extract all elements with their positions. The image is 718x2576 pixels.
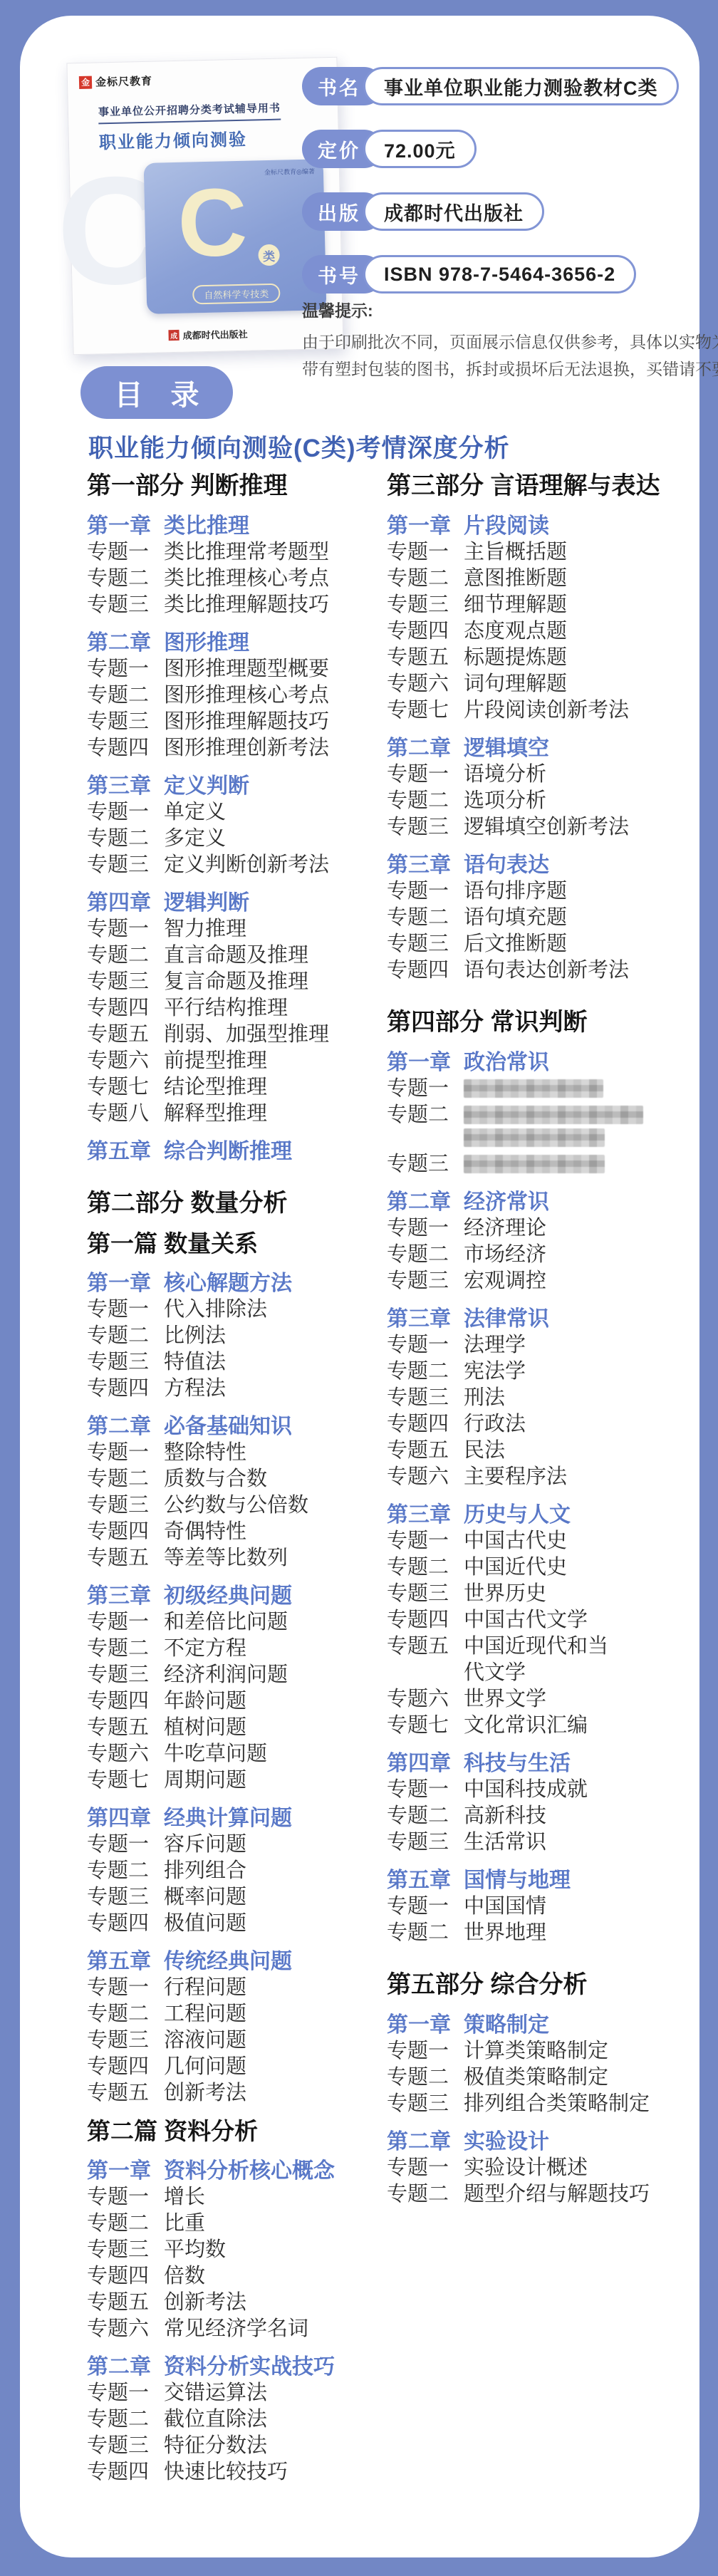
toc-item: 专题二极值类策略制定 bbox=[387, 2065, 677, 2091]
toc-item: 专题二市场经济 bbox=[387, 1242, 677, 1268]
toc-item: 专题二工程问题 bbox=[87, 2001, 378, 2027]
topic-title-text: 意图推断题 bbox=[464, 567, 567, 590]
topic-number: 专题三 bbox=[87, 2027, 149, 2054]
topic-title-text: 比重 bbox=[164, 2212, 205, 2235]
topic-title: 前提型推理 bbox=[164, 1048, 378, 1074]
topic-number: 专题五 bbox=[87, 2290, 149, 2316]
topic-title-text: 语境分析 bbox=[464, 763, 546, 786]
topic-number: 专题七 bbox=[387, 1713, 449, 1739]
topic-number: 专题四 bbox=[387, 1411, 449, 1438]
toc-part-heading: 第四部分 常识判断 bbox=[387, 1007, 677, 1038]
redacted-text-block bbox=[464, 1079, 603, 1098]
topic-number: 专题七 bbox=[387, 697, 449, 724]
topic-title: 平均数 bbox=[164, 2237, 378, 2263]
chapter-title: 逻辑判断 bbox=[164, 890, 378, 916]
toc-chapter-heading: 第一章片段阅读 bbox=[387, 513, 677, 539]
topic-title-text: 文化常识汇编 bbox=[464, 1714, 588, 1737]
topic-number: 专题三 bbox=[387, 592, 449, 618]
topic-number: 专题五 bbox=[387, 1438, 449, 1464]
chapter-title: 核心解题方法 bbox=[164, 1270, 378, 1297]
redacted-text-block bbox=[464, 1106, 643, 1124]
topic-title: 刑法 bbox=[464, 1385, 677, 1411]
topic-number: 专题七 bbox=[87, 1074, 149, 1101]
field-value: ISBN 978-7-5464-3656-2 bbox=[363, 255, 636, 294]
toc-item: 专题一中国古代史 bbox=[387, 1528, 677, 1554]
topic-title: 多定义 bbox=[164, 826, 378, 852]
topic-title-text: 生活常识 bbox=[464, 1831, 546, 1854]
topic-number: 专题六 bbox=[87, 1048, 149, 1074]
topic-title: 类比推理常考题型 bbox=[164, 539, 378, 566]
toc-item: 专题三平均数 bbox=[87, 2237, 378, 2263]
topic-number: 专题七 bbox=[87, 1767, 149, 1794]
topic-title-text: 不定方程 bbox=[164, 1637, 246, 1660]
topic-number: 专题二 bbox=[87, 2211, 149, 2237]
topic-title-text: 图形推理解题技巧 bbox=[164, 710, 329, 733]
cover-letter-badge: 类 bbox=[258, 244, 280, 266]
topic-number: 专题三 bbox=[387, 931, 449, 957]
topic-title-text: 特值法 bbox=[164, 1351, 226, 1373]
topic-title: 平行结构推理 bbox=[164, 995, 378, 1022]
topic-number: 专题四 bbox=[87, 2054, 149, 2080]
toc-item: 专题二排列组合 bbox=[87, 1858, 378, 1884]
toc-item: 专题三排列组合类策略制定 bbox=[387, 2091, 677, 2117]
topic-title: 常见经济学名词 bbox=[164, 2316, 378, 2342]
topic-number: 专题六 bbox=[87, 1741, 149, 1767]
topic-number: 专题四 bbox=[387, 957, 449, 984]
topic-number: 专题二 bbox=[387, 1102, 449, 1151]
chapter-title: 逻辑填空 bbox=[464, 735, 677, 762]
topic-title: 态度观点题 bbox=[464, 618, 677, 645]
toc-item: 专题一语境分析 bbox=[387, 762, 677, 788]
topic-title: 创新考法 bbox=[164, 2290, 378, 2316]
topic-number: 专题三 bbox=[387, 1268, 449, 1294]
toc-item: 专题六世界文学 bbox=[387, 1686, 677, 1713]
topic-title-text: 态度观点题 bbox=[464, 620, 567, 643]
topic-title-text: 交错运算法 bbox=[164, 2382, 267, 2404]
toc-item: 专题二高新科技 bbox=[387, 1803, 677, 1829]
toc-part-heading: 第一部分 判断推理 bbox=[87, 470, 378, 502]
topic-title-text: 逻辑填空创新考法 bbox=[464, 816, 629, 838]
toc-chapter-heading: 第二章图形推理 bbox=[87, 630, 378, 656]
toc-item: 专题七片段阅读创新考法 bbox=[387, 697, 677, 724]
topic-number: 专题一 bbox=[87, 1297, 149, 1323]
toc-item: 专题一整除特性 bbox=[87, 1440, 378, 1466]
topic-title: 中国古代文学 bbox=[464, 1607, 677, 1634]
toc-item: 专题一容斥问题 bbox=[87, 1832, 378, 1858]
toc-item: 专题一代入排除法 bbox=[87, 1297, 378, 1323]
toc-item: 专题三类比推理解题技巧 bbox=[87, 592, 378, 618]
topic-title: 工程问题 bbox=[164, 2001, 378, 2027]
topic-title-text: 实验设计概述 bbox=[464, 2156, 588, 2179]
topic-title-redacted bbox=[464, 1151, 677, 1178]
topic-title: 语句表达创新考法 bbox=[464, 957, 677, 984]
toc-item: 专题四快速比较技巧 bbox=[87, 2459, 378, 2486]
topic-title-text: 比例法 bbox=[164, 1324, 226, 1347]
topic-title: 生活常识 bbox=[464, 1829, 677, 1856]
toc-item: 专题三溶液问题 bbox=[87, 2027, 378, 2054]
toc-chapter-heading: 第二章经济常识 bbox=[387, 1189, 677, 1215]
chapter-number: 第二章 bbox=[87, 2354, 149, 2380]
chapter-title: 图形推理 bbox=[164, 630, 378, 656]
chapter-title: 资料分析实战技巧 bbox=[164, 2354, 378, 2380]
topic-title-text: 类比推理核心考点 bbox=[164, 567, 329, 590]
topic-number: 专题三 bbox=[387, 2091, 449, 2117]
toc-item: 专题一行程问题 bbox=[87, 1975, 378, 2001]
chapter-number: 第五章 bbox=[387, 1867, 449, 1894]
topic-title-text: 解释型推理 bbox=[164, 1102, 267, 1125]
chapter-number: 第三章 bbox=[87, 773, 149, 799]
toc-item: 专题二质数与合数 bbox=[87, 1466, 378, 1492]
toc-item: 专题二 bbox=[387, 1102, 677, 1151]
topic-number: 专题二 bbox=[87, 1323, 149, 1349]
topic-number: 专题四 bbox=[87, 1911, 149, 1937]
toc-item: 专题一计算类策略制定 bbox=[387, 2038, 677, 2065]
topic-title: 极值类策略制定 bbox=[464, 2065, 677, 2091]
toc-item: 专题五创新考法 bbox=[87, 2080, 378, 2107]
topic-title: 市场经济 bbox=[464, 1242, 677, 1268]
topic-number: 专题四 bbox=[87, 735, 149, 762]
chapter-number: 第四章 bbox=[87, 890, 149, 916]
toc-item: 专题四奇偶特性 bbox=[87, 1519, 378, 1545]
topic-title-text: 整除特性 bbox=[164, 1441, 246, 1464]
topic-title: 图形推理解题技巧 bbox=[164, 709, 378, 735]
topic-title-text: 题型介绍与解题技巧 bbox=[464, 2183, 650, 2206]
toc-item: 专题一法理学 bbox=[387, 1332, 677, 1359]
topic-title: 宪法学 bbox=[464, 1359, 677, 1385]
topic-title: 和差倍比问题 bbox=[164, 1609, 378, 1636]
toc-item: 专题五植树问题 bbox=[87, 1715, 378, 1741]
topic-title-text: 宪法学 bbox=[464, 1360, 526, 1383]
topic-title-text: 片段阅读创新考法 bbox=[464, 699, 629, 722]
topic-title: 增长 bbox=[164, 2184, 378, 2211]
topic-title: 中国近代史 bbox=[464, 1554, 677, 1581]
toc-item: 专题七文化常识汇编 bbox=[387, 1713, 677, 1739]
topic-number: 专题三 bbox=[87, 1492, 149, 1519]
toc-item: 专题七周期问题 bbox=[87, 1767, 378, 1794]
topic-number: 专题二 bbox=[387, 905, 449, 931]
topic-title: 植树问题 bbox=[164, 1715, 378, 1741]
toc-item: 专题一交错运算法 bbox=[87, 2380, 378, 2406]
toc-heading: 职业能力倾向测验(C类)考情深度分析 bbox=[88, 429, 510, 464]
topic-number: 专题三 bbox=[87, 1662, 149, 1688]
product-field-isbn: 书号 ISBN 978-7-5464-3656-2 bbox=[302, 255, 679, 294]
product-detail-page: { "colors":{ "page_bg":"#7287c5", "pill_… bbox=[0, 0, 718, 2576]
brand-row: 金 金标尺教育 bbox=[79, 73, 152, 90]
topic-title: 比重 bbox=[164, 2211, 378, 2237]
topic-title-text: 中国近代史 bbox=[464, 1556, 567, 1579]
topic-title-text: 极值类策略制定 bbox=[464, 2066, 608, 2089]
topic-title-redacted bbox=[464, 1102, 677, 1151]
topic-number: 专题一 bbox=[387, 878, 449, 905]
topic-title: 定义判断创新考法 bbox=[164, 852, 378, 878]
topic-title: 等差等比数列 bbox=[164, 1545, 378, 1572]
topic-number: 专题二 bbox=[87, 2001, 149, 2027]
toc-item: 专题一单定义 bbox=[87, 799, 378, 826]
topic-number: 专题五 bbox=[87, 1545, 149, 1572]
chapter-number: 第三章 bbox=[87, 1583, 149, 1609]
toc-chapter-heading: 第三章语句表达 bbox=[387, 852, 677, 878]
topic-title-text: 选项分析 bbox=[464, 789, 546, 812]
toc-item: 专题二不定方程 bbox=[87, 1636, 378, 1662]
cover-category-pill: 自然科学专技类 bbox=[192, 284, 281, 305]
topic-title: 创新考法 bbox=[164, 2080, 378, 2107]
topic-title-text: 质数与合数 bbox=[164, 1468, 267, 1490]
topic-title-text: 类比推理常考题型 bbox=[164, 541, 329, 563]
toc-item: 专题三后文推断题 bbox=[387, 931, 677, 957]
product-field-publisher: 出版 成都时代出版社 bbox=[302, 192, 679, 231]
chapter-title: 定义判断 bbox=[164, 773, 378, 799]
topic-title-text: 类比推理解题技巧 bbox=[164, 593, 329, 616]
topic-title-text: 单定义 bbox=[164, 801, 226, 824]
toc-item: 专题六常见经济学名词 bbox=[87, 2316, 378, 2342]
toc-sub-heading: 第二篇 资料分析 bbox=[87, 2117, 378, 2146]
chapter-number: 第二章 bbox=[87, 630, 149, 656]
chapter-title: 初级经典问题 bbox=[164, 1583, 378, 1609]
topic-number: 专题三 bbox=[87, 1884, 149, 1911]
toc-item: 专题三逻辑填空创新考法 bbox=[387, 814, 677, 841]
topic-title: 中国近现代和当代文学 bbox=[464, 1634, 677, 1686]
topic-title: 题型介绍与解题技巧 bbox=[464, 2181, 677, 2208]
topic-number: 专题二 bbox=[87, 682, 149, 709]
topic-title-text: 主旨概括题 bbox=[464, 541, 567, 563]
topic-number: 专题一 bbox=[387, 1215, 449, 1242]
topic-title: 代入排除法 bbox=[164, 1297, 378, 1323]
topic-title-text: 工程问题 bbox=[164, 2003, 246, 2025]
chapter-title: 历史与人文 bbox=[464, 1502, 677, 1528]
topic-title: 解释型推理 bbox=[164, 1101, 378, 1127]
topic-number: 专题一 bbox=[87, 1975, 149, 2001]
topic-title: 几何问题 bbox=[164, 2054, 378, 2080]
topic-title: 高新科技 bbox=[464, 1803, 677, 1829]
brand-logo-icon: 金 bbox=[79, 76, 92, 88]
chapter-title: 法律常识 bbox=[464, 1306, 677, 1332]
toc-item: 专题四行政法 bbox=[387, 1411, 677, 1438]
topic-title: 概率问题 bbox=[164, 1884, 378, 1911]
topic-number: 专题二 bbox=[387, 2181, 449, 2208]
topic-title-text: 代入排除法 bbox=[164, 1298, 267, 1321]
topic-title: 图形推理核心考点 bbox=[164, 682, 378, 709]
chapter-title: 资料分析核心概念 bbox=[164, 2158, 378, 2184]
topic-number: 专题三 bbox=[387, 1581, 449, 1607]
topic-title-text: 年龄问题 bbox=[164, 1690, 246, 1713]
toc-item: 专题五削弱、加强型推理 bbox=[87, 1022, 378, 1048]
toc-chapter-heading: 第二章必备基础知识 bbox=[87, 1413, 378, 1440]
topic-title-text: 图形推理创新考法 bbox=[164, 737, 329, 759]
topic-title: 周期问题 bbox=[164, 1767, 378, 1794]
chapter-title: 片段阅读 bbox=[464, 513, 677, 539]
product-info-list: 书名 事业单位职业能力测验教材C类 定价 72.00元 出版 成都时代出版社 书… bbox=[302, 67, 679, 294]
toc-item: 专题五等差等比数列 bbox=[87, 1545, 378, 1572]
toc-item: 专题一实验设计概述 bbox=[387, 2155, 677, 2181]
topic-number: 专题八 bbox=[87, 1101, 149, 1127]
topic-number: 专题四 bbox=[387, 1607, 449, 1634]
topic-title-text: 世界地理 bbox=[464, 1921, 546, 1944]
topic-number: 专题五 bbox=[87, 2080, 149, 2107]
notice-line: 由于印刷批次不同，页面展示信息仅供参考，具体以实物为准 bbox=[302, 328, 701, 355]
topic-number: 专题三 bbox=[87, 2237, 149, 2263]
topic-number: 专题五 bbox=[87, 1715, 149, 1741]
topic-number: 专题一 bbox=[87, 1609, 149, 1636]
topic-number: 专题二 bbox=[387, 1803, 449, 1829]
topic-title: 单定义 bbox=[164, 799, 378, 826]
topic-number: 专题五 bbox=[87, 1022, 149, 1048]
chapter-title: 经典计算问题 bbox=[164, 1805, 378, 1832]
topic-title: 细节理解题 bbox=[464, 592, 677, 618]
topic-title-text: 溶液问题 bbox=[164, 2029, 246, 2052]
topic-title-text: 中国近现代和当 bbox=[464, 1635, 608, 1658]
topic-title: 经济利润问题 bbox=[164, 1662, 378, 1688]
topic-title: 法理学 bbox=[464, 1332, 677, 1359]
topic-number: 专题二 bbox=[87, 566, 149, 592]
toc-item: 专题二中国近代史 bbox=[387, 1554, 677, 1581]
topic-number: 专题四 bbox=[87, 2459, 149, 2486]
topic-number: 专题五 bbox=[387, 1634, 449, 1686]
topic-title: 截位直除法 bbox=[164, 2406, 378, 2433]
topic-title-text: 公约数与公倍数 bbox=[164, 1494, 308, 1517]
chapter-number: 第二章 bbox=[387, 2129, 449, 2155]
topic-title: 比例法 bbox=[164, 1323, 378, 1349]
topic-title-text: 经济利润问题 bbox=[164, 1663, 288, 1686]
chapter-title: 传统经典问题 bbox=[164, 1948, 378, 1975]
topic-number: 专题三 bbox=[387, 814, 449, 841]
topic-title-text: 细节理解题 bbox=[464, 593, 567, 616]
cover-publisher: 成都时代出版社 bbox=[182, 327, 247, 342]
toc-sub-heading: 第一篇 数量关系 bbox=[87, 1229, 378, 1259]
toc-chapter-heading: 第二章实验设计 bbox=[387, 2129, 677, 2155]
topic-number: 专题二 bbox=[387, 566, 449, 592]
topic-title: 快速比较技巧 bbox=[164, 2459, 378, 2486]
topic-title: 逻辑填空创新考法 bbox=[464, 814, 677, 841]
chapter-title: 实验设计 bbox=[464, 2129, 677, 2155]
topic-number: 专题二 bbox=[87, 1466, 149, 1492]
topic-title-text: 标题提炼题 bbox=[464, 646, 567, 669]
toc-item: 专题二比重 bbox=[87, 2211, 378, 2237]
topic-number: 专题三 bbox=[87, 592, 149, 618]
topic-title-text: 牛吃草问题 bbox=[164, 1743, 267, 1765]
topic-title: 结论型推理 bbox=[164, 1074, 378, 1101]
toc-item: 专题一中国科技成就 bbox=[387, 1777, 677, 1803]
toc-item: 专题三世界历史 bbox=[387, 1581, 677, 1607]
toc-item: 专题八解释型推理 bbox=[87, 1101, 378, 1127]
topic-title-text: 排列组合类策略制定 bbox=[464, 2092, 650, 2115]
topic-title-text: 行政法 bbox=[464, 1413, 526, 1435]
toc-item: 专题一图形推理题型概要 bbox=[87, 656, 378, 682]
topic-number: 专题二 bbox=[87, 942, 149, 969]
topic-title-text: 语句排序题 bbox=[464, 880, 567, 903]
topic-title-text: 中国国情 bbox=[464, 1895, 546, 1918]
toc-column-right: 第三部分 言语理解与表达第一章片段阅读专题一主旨概括题专题二意图推断题专题三细节… bbox=[387, 470, 677, 2208]
chapter-number: 第一章 bbox=[387, 2012, 449, 2038]
topic-title-text: 增长 bbox=[164, 2186, 205, 2208]
topic-title: 计算类策略制定 bbox=[464, 2038, 677, 2065]
toc-item: 专题六主要程序法 bbox=[387, 1464, 677, 1490]
cover-title: 职业能力倾向测验 bbox=[98, 125, 247, 154]
topic-title-text: 高新科技 bbox=[464, 1804, 546, 1827]
topic-title-text: 常见经济学名词 bbox=[164, 2317, 308, 2340]
toc-chapter-heading: 第一章核心解题方法 bbox=[87, 1270, 378, 1297]
topic-number: 专题三 bbox=[87, 1349, 149, 1376]
toc-item: 专题四倍数 bbox=[87, 2263, 378, 2290]
topic-title: 实验设计概述 bbox=[464, 2155, 677, 2181]
topic-number: 专题四 bbox=[387, 618, 449, 645]
topic-title: 标题提炼题 bbox=[464, 645, 677, 671]
toc-badge: 目 录 bbox=[80, 366, 233, 419]
topic-title-text: 周期问题 bbox=[164, 1769, 246, 1792]
toc-item: 专题一类比推理常考题型 bbox=[87, 539, 378, 566]
topic-title-text: 多定义 bbox=[164, 827, 226, 850]
toc-item: 专题三特征分数法 bbox=[87, 2433, 378, 2459]
toc-item: 专题一增长 bbox=[87, 2184, 378, 2211]
topic-title: 奇偶特性 bbox=[164, 1519, 378, 1545]
topic-number: 专题四 bbox=[87, 995, 149, 1022]
toc-item: 专题二比例法 bbox=[87, 1323, 378, 1349]
toc-item: 专题一中国国情 bbox=[387, 1894, 677, 1920]
topic-title: 质数与合数 bbox=[164, 1466, 378, 1492]
topic-title-text: 图形推理题型概要 bbox=[164, 658, 329, 680]
topic-number: 专题六 bbox=[387, 1686, 449, 1713]
chapter-number: 第一章 bbox=[87, 1270, 149, 1297]
toc-item: 专题五创新考法 bbox=[87, 2290, 378, 2316]
toc-item: 专题四年龄问题 bbox=[87, 1688, 378, 1715]
toc-chapter-heading: 第三章历史与人文 bbox=[387, 1502, 677, 1528]
topic-title-continuation: 代文学 bbox=[464, 1660, 677, 1686]
topic-title-text: 特征分数法 bbox=[164, 2434, 267, 2457]
topic-title-text: 刑法 bbox=[464, 1386, 505, 1409]
chapter-number: 第一章 bbox=[387, 513, 449, 539]
topic-number: 专题一 bbox=[387, 1777, 449, 1803]
toc-item: 专题四语句表达创新考法 bbox=[387, 957, 677, 984]
brand-name: 金标尺教育 bbox=[95, 73, 152, 90]
topic-number: 专题二 bbox=[387, 788, 449, 814]
topic-title: 排列组合类策略制定 bbox=[464, 2091, 677, 2117]
topic-title: 整除特性 bbox=[164, 1440, 378, 1466]
toc-item: 专题四几何问题 bbox=[87, 2054, 378, 2080]
topic-title-text: 中国古代文学 bbox=[464, 1609, 588, 1631]
toc-item: 专题一主旨概括题 bbox=[387, 539, 677, 566]
topic-title-text: 复言命题及推理 bbox=[164, 970, 308, 993]
toc-item: 专题二选项分析 bbox=[387, 788, 677, 814]
topic-title: 倍数 bbox=[164, 2263, 378, 2290]
topic-number: 专题三 bbox=[87, 709, 149, 735]
chapter-number: 第一章 bbox=[87, 513, 149, 539]
topic-number: 专题四 bbox=[87, 1688, 149, 1715]
topic-number: 专题五 bbox=[387, 645, 449, 671]
topic-title-text: 语句表达创新考法 bbox=[464, 959, 629, 982]
topic-number: 专题三 bbox=[87, 2433, 149, 2459]
chapter-number: 第三章 bbox=[387, 1502, 449, 1528]
topic-number: 专题二 bbox=[87, 2406, 149, 2433]
toc-item: 专题一语句排序题 bbox=[387, 878, 677, 905]
toc-item: 专题二世界地理 bbox=[387, 1920, 677, 1946]
topic-number: 专题六 bbox=[387, 671, 449, 697]
cover-series: 事业单位公开招聘分类考试辅导用书 bbox=[98, 100, 281, 125]
toc-item: 专题三细节理解题 bbox=[387, 592, 677, 618]
chapter-number: 第三章 bbox=[387, 1306, 449, 1332]
topic-title-text: 智力推理 bbox=[164, 918, 246, 940]
topic-number: 专题一 bbox=[387, 1332, 449, 1359]
topic-title: 中国古代史 bbox=[464, 1528, 677, 1554]
toc-item: 专题二宪法学 bbox=[387, 1359, 677, 1385]
topic-title-text: 直言命题及推理 bbox=[164, 944, 308, 967]
topic-number: 专题一 bbox=[387, 1076, 449, 1102]
topic-title-text: 世界历史 bbox=[464, 1582, 546, 1605]
topic-number: 专题一 bbox=[87, 539, 149, 566]
toc-item: 专题二图形推理核心考点 bbox=[87, 682, 378, 709]
toc-item: 专题三经济利润问题 bbox=[87, 1662, 378, 1688]
topic-title: 特值法 bbox=[164, 1349, 378, 1376]
topic-number: 专题二 bbox=[87, 826, 149, 852]
toc-item: 专题三概率问题 bbox=[87, 1884, 378, 1911]
